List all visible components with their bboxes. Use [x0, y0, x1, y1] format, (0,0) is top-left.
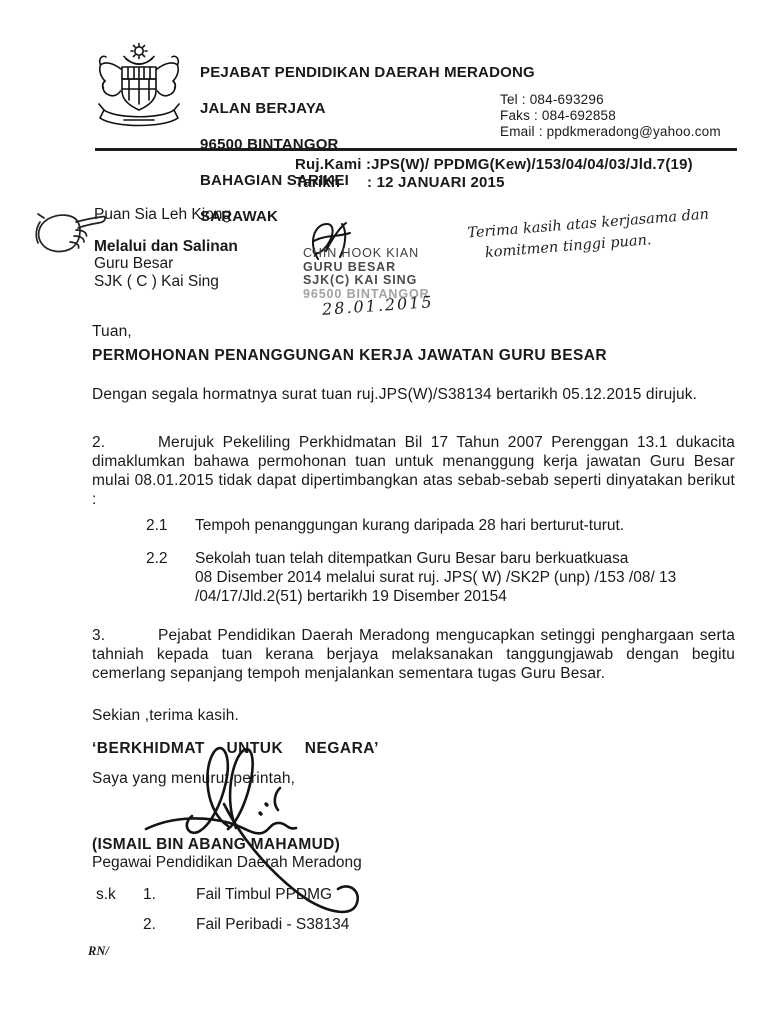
stamp-role: GURU BESAR: [303, 261, 430, 275]
paragraph-3-text: Pejabat Pendidikan Daerah Meradong mengu…: [92, 627, 735, 682]
tarikh-value: : 12 JANUARI 2015: [367, 174, 505, 191]
paragraph-2-text: Merujuk Pekeliling Perkhidmatan Bil 17 T…: [92, 434, 735, 508]
subject-line: PERMOHONAN PENANGGUNGAN KERJA JAWATAN GU…: [92, 346, 735, 365]
paragraph-2-number: 2.: [92, 433, 158, 452]
sub-item-number: 2.2: [146, 549, 195, 606]
cc-label: s.k: [96, 886, 143, 904]
typist-initials: RN/: [88, 944, 109, 959]
signatory-name: (ISMAIL BIN ABANG MAHAMUD): [92, 836, 362, 854]
scanned-letter-page: PEJABAT PENDIDIKAN DAERAH MERADONG JALAN…: [0, 0, 768, 1024]
office-address-line: 96500 BINTANGOR: [200, 136, 535, 154]
office-name: PEJABAT PENDIDIKAN DAERAH MERADONG: [200, 64, 535, 82]
cc-block: s.k 1. Fail Timbul PPDMG 2. Fail Peribad…: [96, 886, 349, 946]
letterhead-divider: [95, 148, 737, 151]
recipient-block: Puan Sia Leh Kiong Melalui dan Salinan G…: [94, 206, 238, 290]
cc-row: 2. Fail Peribadi - S38134: [96, 916, 349, 934]
office-address-line: JALAN BERJAYA: [200, 100, 535, 118]
sub-item-text: Tempoh penanggungan kurang daripada 28 h…: [195, 516, 624, 535]
stamp-school: SJK(C) KAI SING: [303, 274, 430, 288]
paragraph-1: Dengan segala hormatnya surat tuan ruj.J…: [92, 385, 735, 404]
recipient-name: Puan Sia Leh Kiong: [94, 206, 238, 224]
ruj-kami-line: Ruj.Kami :JPS(W)/ PPDMG(Kew)/153/04/04/0…: [295, 156, 693, 174]
salutation: Tuan,: [92, 322, 735, 341]
coat-of-arms-logo: [96, 42, 182, 137]
paragraph-3: 3.Pejabat Pendidikan Daerah Meradong men…: [92, 626, 735, 683]
tarikh-label: Tarikh: [295, 174, 367, 192]
via-role: Guru Besar: [94, 255, 238, 273]
cc-label: [96, 916, 143, 934]
tel-line: Tel : 084-693296: [500, 92, 721, 108]
email-line: Email : ppdkmeradong@yahoo.com: [500, 124, 721, 140]
cc-item-text: Fail Peribadi - S38134: [196, 916, 349, 934]
paragraph-3-number: 3.: [92, 626, 158, 645]
cc-item-number: 2.: [143, 916, 196, 934]
via-label: Melalui dan Salinan: [94, 238, 238, 256]
sub-item-number: 2.1: [146, 516, 195, 535]
letterhead-contact-block: Tel : 084-693296 Faks : 084-692858 Email…: [500, 92, 721, 140]
cc-row: s.k 1. Fail Timbul PPDMG: [96, 886, 349, 904]
signatory-title: Pegawai Pendidikan Daerah Meradong: [92, 854, 362, 872]
tarikh-line: Tarikh: 12 JANUARI 2015: [295, 174, 693, 192]
via-school: SJK ( C ) Kai Sing: [94, 273, 238, 291]
sub-item-2-1: 2.1 Tempoh penanggungan kurang daripada …: [146, 516, 736, 535]
sub-item-2-2: 2.2 Sekolah tuan telah ditempatkan Guru …: [146, 549, 736, 606]
reference-block: Ruj.Kami :JPS(W)/ PPDMG(Kew)/153/04/04/0…: [295, 156, 693, 192]
cc-item-text: Fail Timbul PPDMG: [196, 886, 332, 904]
cc-item-number: 1.: [143, 886, 196, 904]
stamp-name: CHIN HOOK KIAN: [303, 247, 430, 261]
paragraph-2: 2.Merujuk Pekeliling Perkhidmatan Bil 17…: [92, 433, 735, 509]
sub-item-text: Sekolah tuan telah ditempatkan Guru Besa…: [195, 549, 676, 606]
signatory-block: (ISMAIL BIN ABANG MAHAMUD) Pegawai Pendi…: [92, 836, 362, 872]
faks-line: Faks : 084-692858: [500, 108, 721, 124]
letterhead-office-block: PEJABAT PENDIDIKAN DAERAH MERADONG JALAN…: [200, 46, 535, 244]
